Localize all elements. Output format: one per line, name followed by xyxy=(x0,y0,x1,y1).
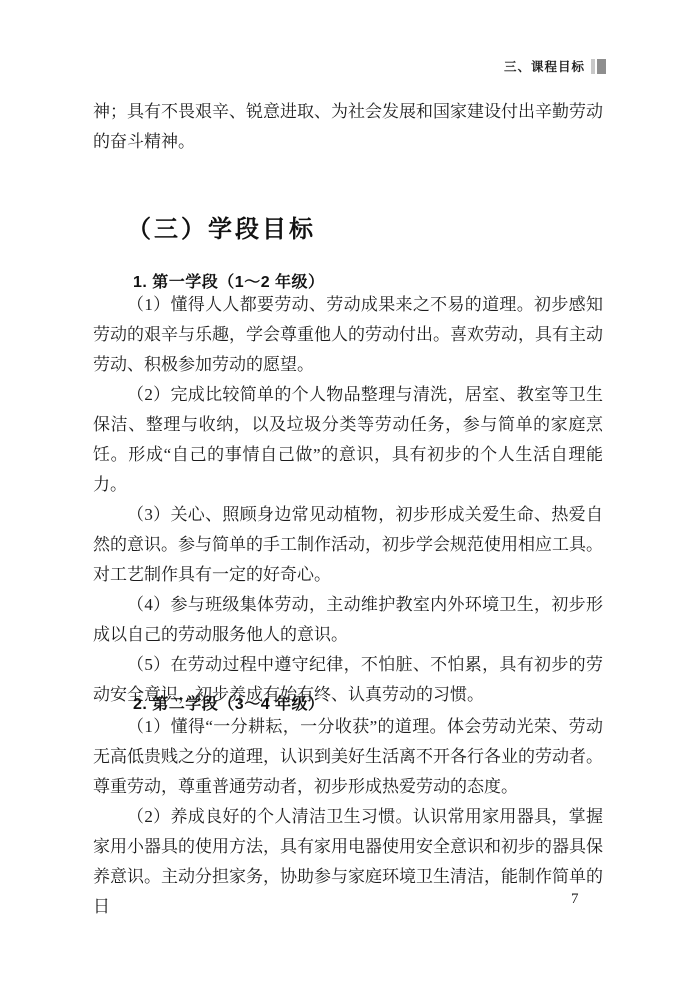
continuation-paragraph: 神；具有不畏艰辛、锐意进取、为社会发展和国家建设付出辛勤劳动的奋斗精神。 xyxy=(93,97,603,157)
stage1-title: 1. 第一学段（1～2 年级） xyxy=(133,269,325,292)
stage2-title: 2. 第二学段（3～4 年级） xyxy=(133,691,325,714)
page-number: 7 xyxy=(571,891,579,908)
stage2-paragraph-1: （1）懂得“一分耕耘，一分收获”的道理。体会劳动光荣、劳动无高低贵贱之分的道理，… xyxy=(93,712,603,802)
stage1-paragraphs: （1）懂得人人都要劳动、劳动成果来之不易的道理。初步感知劳动的艰辛与乐趣，学会尊… xyxy=(93,290,603,710)
stage1-paragraph-3: （3）关心、照顾身边常见动植物，初步形成关爱生命、热爱自然的意识。参与简单的手工… xyxy=(93,500,603,590)
running-header: 三、课程目标 xyxy=(504,57,606,75)
stage2-paragraphs: （1）懂得“一分耕耘，一分收获”的道理。体会劳动光荣、劳动无高低贵贱之分的道理，… xyxy=(93,712,603,922)
section-heading: （三）学段目标 xyxy=(127,209,316,244)
continuation-paragraph-block: 神；具有不畏艰辛、锐意进取、为社会发展和国家建设付出辛勤劳动的奋斗精神。 xyxy=(93,97,603,157)
stage2-paragraph-2: （2）养成良好的个人清洁卫生习惯。认识常用家用器具，掌握家用小器具的使用方法，具… xyxy=(93,802,603,922)
stage1-paragraph-4: （4）参与班级集体劳动，主动维护教室内外环境卫生，初步形成以自己的劳动服务他人的… xyxy=(93,590,603,650)
document-page: 三、课程目标 神；具有不畏艰辛、锐意进取、为社会发展和国家建设付出辛勤劳动的奋斗… xyxy=(0,0,695,982)
decoration-bar-dark-icon xyxy=(597,59,606,74)
header-decoration xyxy=(591,59,606,74)
stage1-paragraph-1: （1）懂得人人都要劳动、劳动成果来之不易的道理。初步感知劳动的艰辛与乐趣，学会尊… xyxy=(93,290,603,380)
running-header-title: 三、课程目标 xyxy=(504,57,585,75)
decoration-bar-light-icon xyxy=(591,59,595,74)
stage1-paragraph-2: （2）完成比较简单的个人物品整理与清洗，居室、教室等卫生保洁、整理与收纳，以及垃… xyxy=(93,380,603,500)
